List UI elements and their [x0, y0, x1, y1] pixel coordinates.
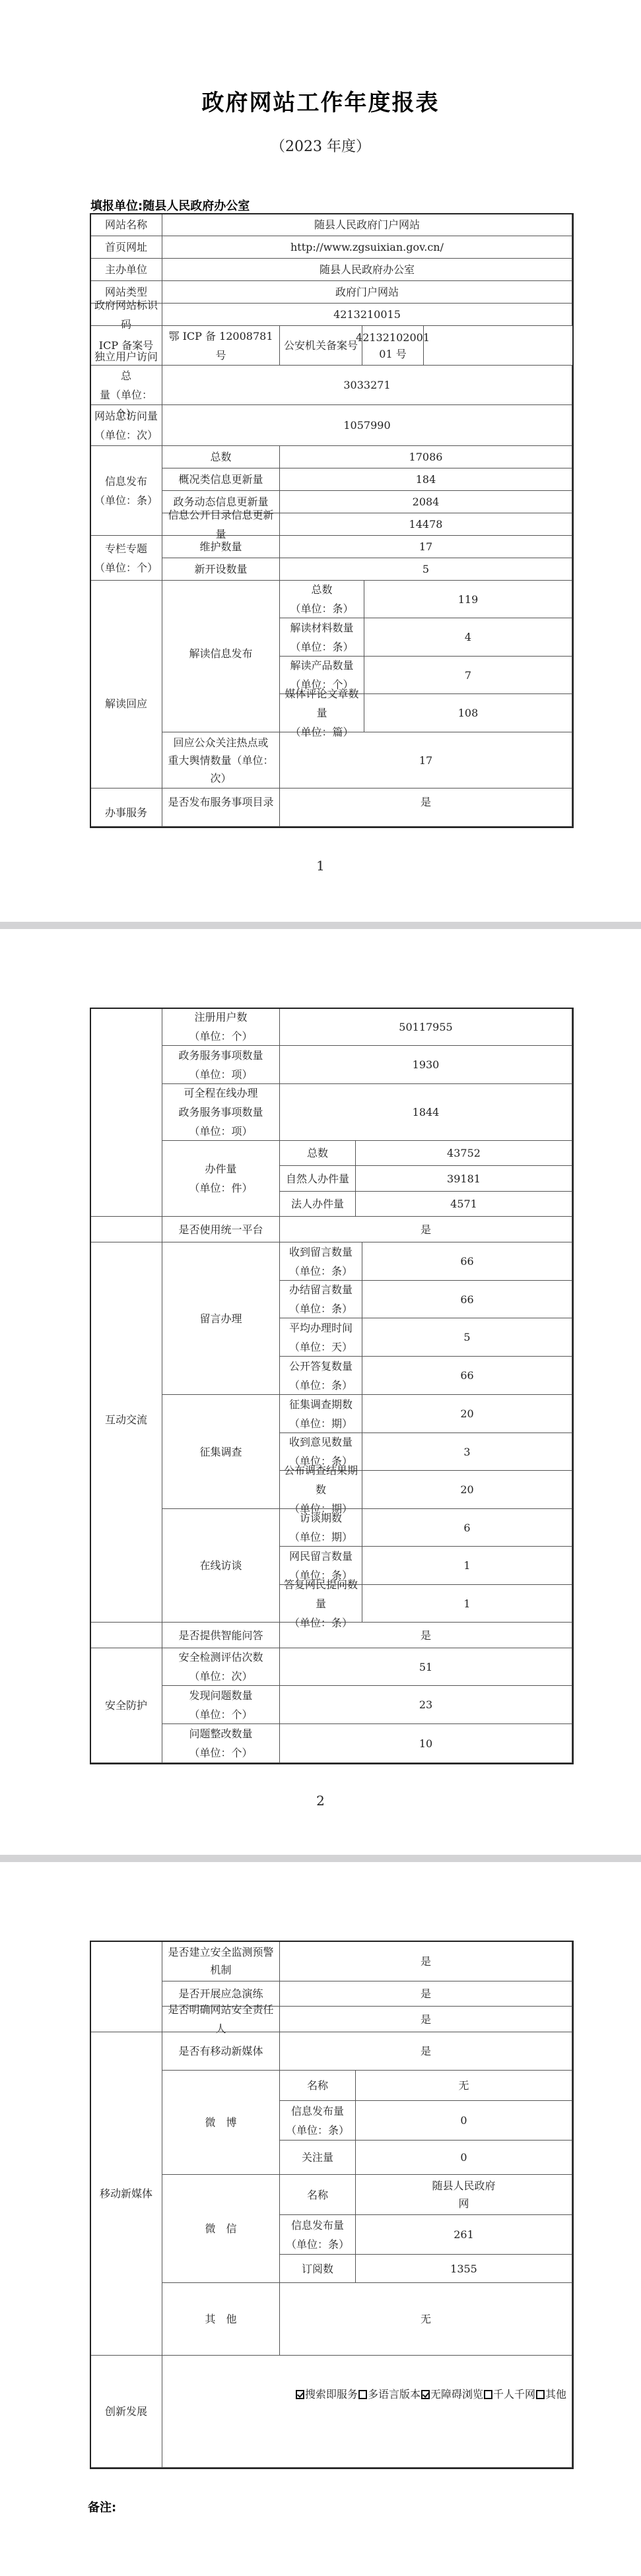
- label-issues-found: 发现问题数量（单位：个）: [162, 1685, 280, 1724]
- police-record-line: 42132102001: [356, 329, 430, 346]
- label-weibo-name: 名称: [279, 2070, 356, 2101]
- label-interpret-total: 总数（单位：条）: [279, 580, 364, 618]
- value-cases-natural: 39181: [355, 1165, 572, 1192]
- value-interpret-materials: 4: [364, 618, 572, 657]
- label-interaction: 互动交流: [90, 1216, 162, 1623]
- label-security: 安全防护: [90, 1648, 162, 1763]
- label-special-columns: 专栏专题（单位：个）: [90, 535, 162, 581]
- label-registered-users: 注册用户数（单位：个）: [162, 1008, 280, 1046]
- label-interpret-publish: 解读信息发布: [162, 580, 280, 732]
- value-issues-fixed: 10: [279, 1723, 572, 1763]
- label-msg-public-reply: 公开答复数量（单位：条）: [279, 1356, 362, 1395]
- value-survey-opinions: 3: [362, 1433, 572, 1471]
- value-wechat-subscribers: 1355: [355, 2254, 572, 2283]
- label-wechat-subscribers: 订阅数: [279, 2254, 356, 2283]
- value-site-code: 4213210015: [162, 303, 572, 326]
- label-weibo-posts: 信息发布量（单位：条）: [279, 2100, 356, 2141]
- page-number: 1: [0, 858, 641, 874]
- label-smart-qa: 是否提供智能问答: [162, 1622, 280, 1648]
- label-survey-periods: 征集调查期数（单位：期）: [279, 1394, 362, 1433]
- value-weibo-name: 无: [355, 2070, 572, 2101]
- remark-label: 备注:: [88, 2498, 116, 2515]
- label-case-volume: 办件量（单位：件）: [162, 1140, 280, 1217]
- label-wechat: 微 信: [162, 2174, 280, 2283]
- value-issues-found: 23: [279, 1685, 572, 1724]
- value-homepage[interactable]: http://www.zgsuixian.gov.cn/: [162, 236, 572, 259]
- checkbox-search-service[interactable]: [296, 2390, 304, 2399]
- label-message-handling: 留言办理: [162, 1242, 280, 1395]
- page-title: 政府网站工作年度报表: [0, 84, 641, 117]
- innovation-options: 搜索即服务 多语言版本 无障碍浏览 千人千网 其他: [162, 2355, 572, 2468]
- label-online-interview: 在线访谈: [162, 1508, 280, 1623]
- label-interview-periods: 访谈期数（单位：期）: [279, 1508, 362, 1547]
- option-label: 其他: [545, 2385, 566, 2404]
- label-survey: 征集调查: [162, 1394, 280, 1509]
- page-number: 2: [0, 1793, 641, 1809]
- value-columns-new: 5: [279, 558, 572, 581]
- label-interpret-materials: 解读材料数量（单位：条）: [279, 618, 364, 657]
- label-other-media: 其 他: [162, 2282, 280, 2356]
- police-record-line: 01 号: [379, 346, 406, 362]
- option-label: 千人千网: [493, 2385, 535, 2404]
- value-security-owner: 是: [279, 2006, 572, 2032]
- label-info-catalog: 信息公开目录信息更新量: [162, 513, 280, 536]
- label-unique-visitors: 独立用户访问总量（单位：个）: [90, 365, 162, 405]
- value-other-media: 无: [279, 2282, 572, 2356]
- value-interview-periods: 6: [362, 1508, 572, 1547]
- value-site-name: 随县人民政府门户网站: [162, 213, 572, 236]
- label-cases-legal: 法人办件量: [279, 1191, 356, 1217]
- value-registered-users: 50117955: [279, 1008, 572, 1046]
- option-label: 搜索即服务: [305, 2385, 358, 2404]
- label-msg-received: 收到留言数量（单位：条）: [279, 1242, 362, 1281]
- label-issues-fixed: 问题整改数量（单位：个）: [162, 1723, 280, 1763]
- label-interpret-media: 媒体评论文章数量（单位：篇）: [279, 693, 364, 732]
- label-msg-avg-time: 平均办理时间（单位：天）: [279, 1318, 362, 1357]
- value-columns-maintained: 17: [279, 535, 572, 558]
- label-site-name: 网站名称: [90, 213, 162, 236]
- label-interview-replies: 答复网民提问数量（单位：条）: [279, 1584, 362, 1623]
- label-monitoring-warning: 是否建立安全监测预警机制: [162, 1941, 280, 1981]
- value-monitoring-warning: 是: [279, 1941, 572, 1981]
- value-cases-total: 43752: [355, 1140, 572, 1166]
- label-service-continued: [90, 1008, 162, 1242]
- label-service: 办事服务: [90, 788, 162, 827]
- label-police-record: 公安机关备案号: [279, 325, 362, 366]
- value-msg-avg-time: 5: [362, 1318, 572, 1357]
- value-emergency-drill: 是: [279, 1981, 572, 2007]
- checkbox-multilingual[interactable]: [358, 2390, 367, 2399]
- value-weibo-followers: 0: [355, 2140, 572, 2175]
- label-security-owner: 是否明确网站安全责任人: [162, 2006, 280, 2032]
- checkbox-accessibility[interactable]: [421, 2390, 430, 2399]
- page-separator: [0, 1855, 641, 1862]
- value-has-mobile-media: 是: [279, 2032, 572, 2071]
- value-service-items: 1930: [279, 1045, 572, 1084]
- value-interview-messages: 1: [362, 1546, 572, 1585]
- value-interview-replies: 1: [362, 1584, 572, 1623]
- label-service-items: 政务服务事项数量（单位：项）: [162, 1045, 280, 1084]
- value-info-overview: 184: [279, 468, 572, 491]
- label-wechat-posts: 信息发布量（单位：条）: [279, 2214, 356, 2255]
- label-public-response: 回应公众关注热点或重大舆情数量（单位：次）: [162, 732, 280, 789]
- label-site-code: 政府网站标识码: [90, 303, 162, 326]
- value-survey-periods: 20: [362, 1394, 572, 1433]
- label-has-mobile-media: 是否有移动新媒体: [162, 2032, 280, 2071]
- value-cases-legal: 4571: [355, 1191, 572, 1217]
- value-unified-platform: 是: [279, 1216, 572, 1242]
- value-police-record: 4213210200101 号: [362, 325, 424, 366]
- value-interpret-total: 119: [364, 580, 572, 618]
- value-icp: 鄂 ICP 备 12008781 号: [162, 325, 280, 366]
- label-unified-platform: 是否使用统一平台: [162, 1216, 280, 1242]
- value-msg-received: 66: [362, 1242, 572, 1281]
- value-sponsor: 随县人民政府办公室: [162, 258, 572, 281]
- label-columns-new: 新开设数量: [162, 558, 280, 581]
- label-columns-maintained: 维护数量: [162, 535, 280, 558]
- label-service-catalog: 是否发布服务事项目录: [162, 788, 280, 827]
- label-online-items: 可全程在线办理政务服务事项数量（单位：项）: [162, 1083, 280, 1141]
- label-total-visits: 网站总访问量（单位：次）: [90, 404, 162, 446]
- value-info-dynamic: 2084: [279, 490, 572, 513]
- value-service-catalog: 是: [279, 788, 572, 827]
- value-info-catalog: 14478: [279, 513, 572, 536]
- value-online-items: 1844: [279, 1083, 572, 1141]
- option-label: 无障碍浏览: [430, 2385, 483, 2404]
- value-survey-results: 20: [362, 1470, 572, 1509]
- value-total-visits: 1057990: [162, 404, 572, 446]
- label-mobile-media: 移动新媒体: [90, 2032, 162, 2356]
- value-wechat-posts: 261: [355, 2214, 572, 2255]
- value-smart-qa: 是: [279, 1622, 572, 1648]
- value-public-response: 17: [279, 732, 572, 789]
- label-cases-total: 总数: [279, 1140, 356, 1166]
- label-security-checks: 安全检测评估次数（单位：次）: [162, 1648, 280, 1686]
- label-sponsor: 主办单位: [90, 258, 162, 281]
- label-weibo-followers: 关注量: [279, 2140, 356, 2175]
- value-site-type: 政府门户网站: [162, 280, 572, 304]
- value-info-total: 17086: [279, 445, 572, 468]
- label-innovation: 创新发展: [90, 2355, 162, 2468]
- option-label: 多语言版本: [368, 2385, 421, 2404]
- checkbox-other[interactable]: [536, 2390, 545, 2399]
- value-interpret-products: 7: [364, 656, 572, 694]
- value-security-checks: 51: [279, 1648, 572, 1686]
- value-wechat-name: 随县人民政府网: [355, 2174, 572, 2215]
- value-unique-visitors: 3033271: [162, 365, 572, 405]
- value-interpret-media: 108: [364, 693, 572, 732]
- label-msg-closed: 办结留言数量（单位：条）: [279, 1280, 362, 1318]
- report-year: （2023 年度）: [0, 135, 641, 156]
- label-survey-results: 公布调查结果期数（单位：期）: [279, 1470, 362, 1509]
- label-security-continued: [90, 1941, 162, 2032]
- reporting-unit: 填报单位:随县人民政府办公室: [90, 197, 250, 214]
- value-weibo-posts: 0: [355, 2100, 572, 2141]
- label-weibo: 微 博: [162, 2070, 280, 2175]
- label-cases-natural: 自然人办件量: [279, 1165, 356, 1192]
- label-homepage: 首页网址: [90, 236, 162, 259]
- label-wechat-name: 名称: [279, 2174, 356, 2215]
- value-msg-public-reply: 66: [362, 1356, 572, 1395]
- label-info-overview: 概况类信息更新量: [162, 468, 280, 491]
- value-msg-closed: 66: [362, 1280, 572, 1318]
- label-info-total: 总数: [162, 445, 280, 468]
- label-info-publish: 信息发布（单位：条）: [90, 445, 162, 536]
- checkbox-personalized[interactable]: [484, 2390, 492, 2399]
- page-separator: [0, 922, 641, 929]
